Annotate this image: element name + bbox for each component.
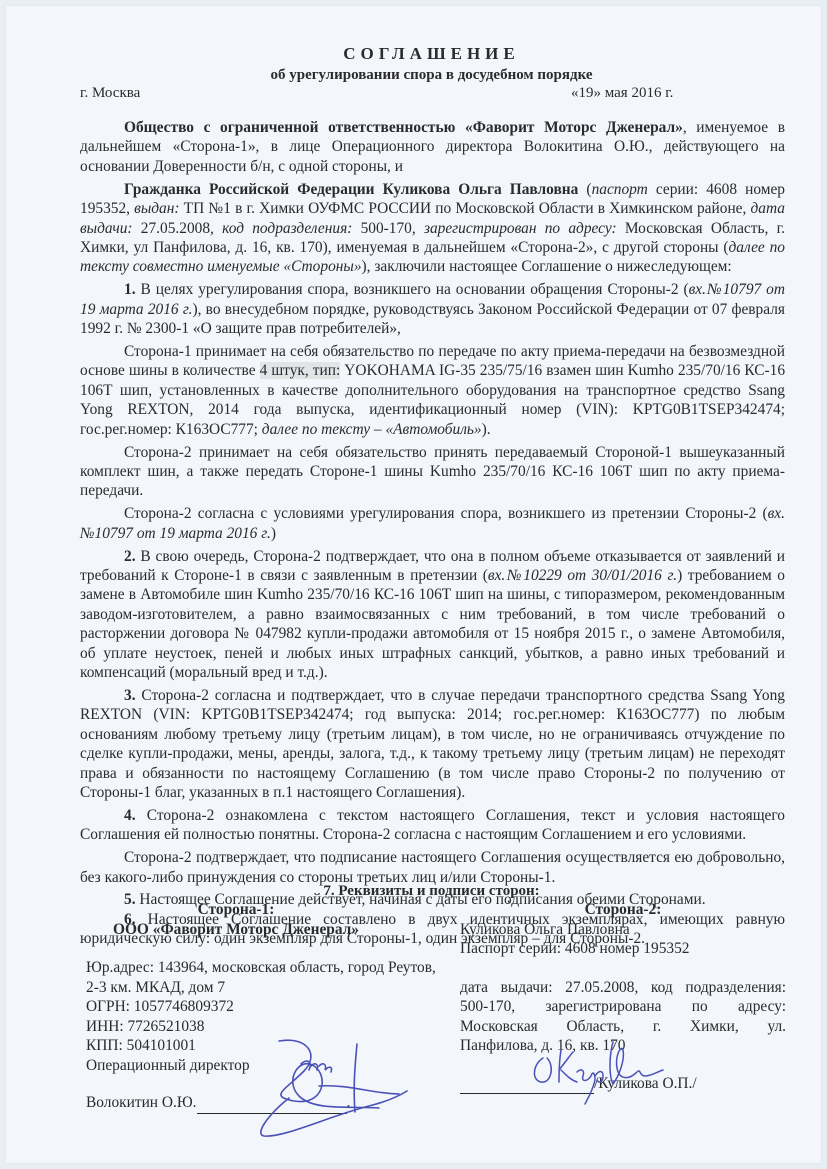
clause-1-agreement: Сторона-2 согласна с условиями урегулиро… [80,504,785,543]
vehicle-alias: далее по тексту – «Автомобиль» [262,421,482,438]
party1-address-line-1: Юр.адрес: 143964, московская область, го… [86,958,436,978]
text: Сторона-2 согласна и подтверждает, что в… [80,687,785,801]
party1-company-name: ООО «Фаворит Моторс Дженерал» [86,920,386,940]
text: Сторона-2 ознакомлена с текстом настояще… [80,807,785,843]
party1-heading: Сторона-1: [86,900,386,920]
party2-issued-line-1: дата выдачи: 27.05.2008, код подразделен… [460,978,786,998]
clause-1: 1. В целях урегулирования спора, возникш… [80,280,785,338]
clause-number: 3. [124,687,136,704]
clause-1-obligation-party2: Сторона-2 принимает на себя обязательств… [80,443,785,501]
clause-3: 3. Сторона-2 согласна и подтверждает, чт… [80,686,785,802]
party1-address-line-2: 2-3 км. МКАД, дом 7 [86,978,436,998]
document-page: СОГЛАШЕНИЕ об урегулировании спора в дос… [6,6,821,1163]
party1-signature-icon [249,1036,429,1146]
document-body: Общество с ограниченной ответственностью… [80,118,785,952]
clause-number: 4. [124,807,136,824]
text: ) [271,525,276,542]
party2-heading: Сторона-2: [460,900,786,920]
clause-number: 2. [124,548,136,565]
clause-4: 4. Сторона-2 ознакомлена с текстом насто… [80,806,785,845]
requisites-title: 7. Реквизиты и подписи сторон: [74,882,789,901]
text: ) требованием о замене в Автомобиле шин … [80,567,785,681]
issued-label: выдан: [134,200,179,217]
text: Сторона-2 согласна с условиями урегулиро… [124,505,768,522]
party2-name: Куликова Ольга Павловна [460,920,786,940]
registration-label: зарегистрирован по адресу: [424,220,617,237]
clause-1-obligation-party1: Сторона-1 принимает на себя обязательств… [80,342,785,439]
document-title: СОГЛАШЕНИЕ [74,44,789,63]
code-label: код подразделения: [222,220,352,237]
text: 27.05.2008, [133,220,223,237]
clause-2: 2. В свою очередь, Сторона-2 подтверждае… [80,547,785,683]
passport-label: паспорт [592,181,648,198]
party1-ogrn: ОГРН: 1057746809372 [86,997,436,1017]
highlighted-quantity: 4 штук, тип: [260,362,341,379]
text: ( [578,181,591,198]
clause-number: 1. [124,281,136,298]
text: ), заключили настоящее Соглашение о ниже… [362,258,732,275]
document-date: «19» мая 2016 г. [571,84,673,103]
intro-party1: Общество с ограниченной ответственностью… [80,118,785,176]
text: ). [482,421,491,438]
party2-passport: Паспорт серии: 4608 номер 195352 [460,939,786,959]
reference: вх.№10229 от 30/01/2016 г. [488,567,677,584]
intro-party2: Гражданка Российской Федерации Куликова … [80,180,785,277]
party1-inn: ИНН: 7726521038 [86,1017,436,1037]
text: 500-170, [352,220,424,237]
text: В целях урегулирования спора, возникшего… [136,281,689,298]
document-city: г. Москва [80,84,140,103]
party2-signature-icon [529,1036,669,1106]
party1-name: Общество с ограниченной ответственностью… [124,119,683,136]
party2-name: Гражданка Российской Федерации Куликова … [124,181,578,198]
party2-issued-line-2: 500-170, зарегистрирована по адресу: [460,997,786,1017]
document-subtitle: об урегулировании спора в досудебном пор… [74,66,789,85]
party1-signatory: Волокитин О.Ю. [86,1094,197,1111]
text: ТП №1 в г. Химки ОУФМС РОССИИ по Московс… [180,200,751,217]
party2-address-line-1: Московская Область, г. Химки, ул. [460,1017,786,1037]
